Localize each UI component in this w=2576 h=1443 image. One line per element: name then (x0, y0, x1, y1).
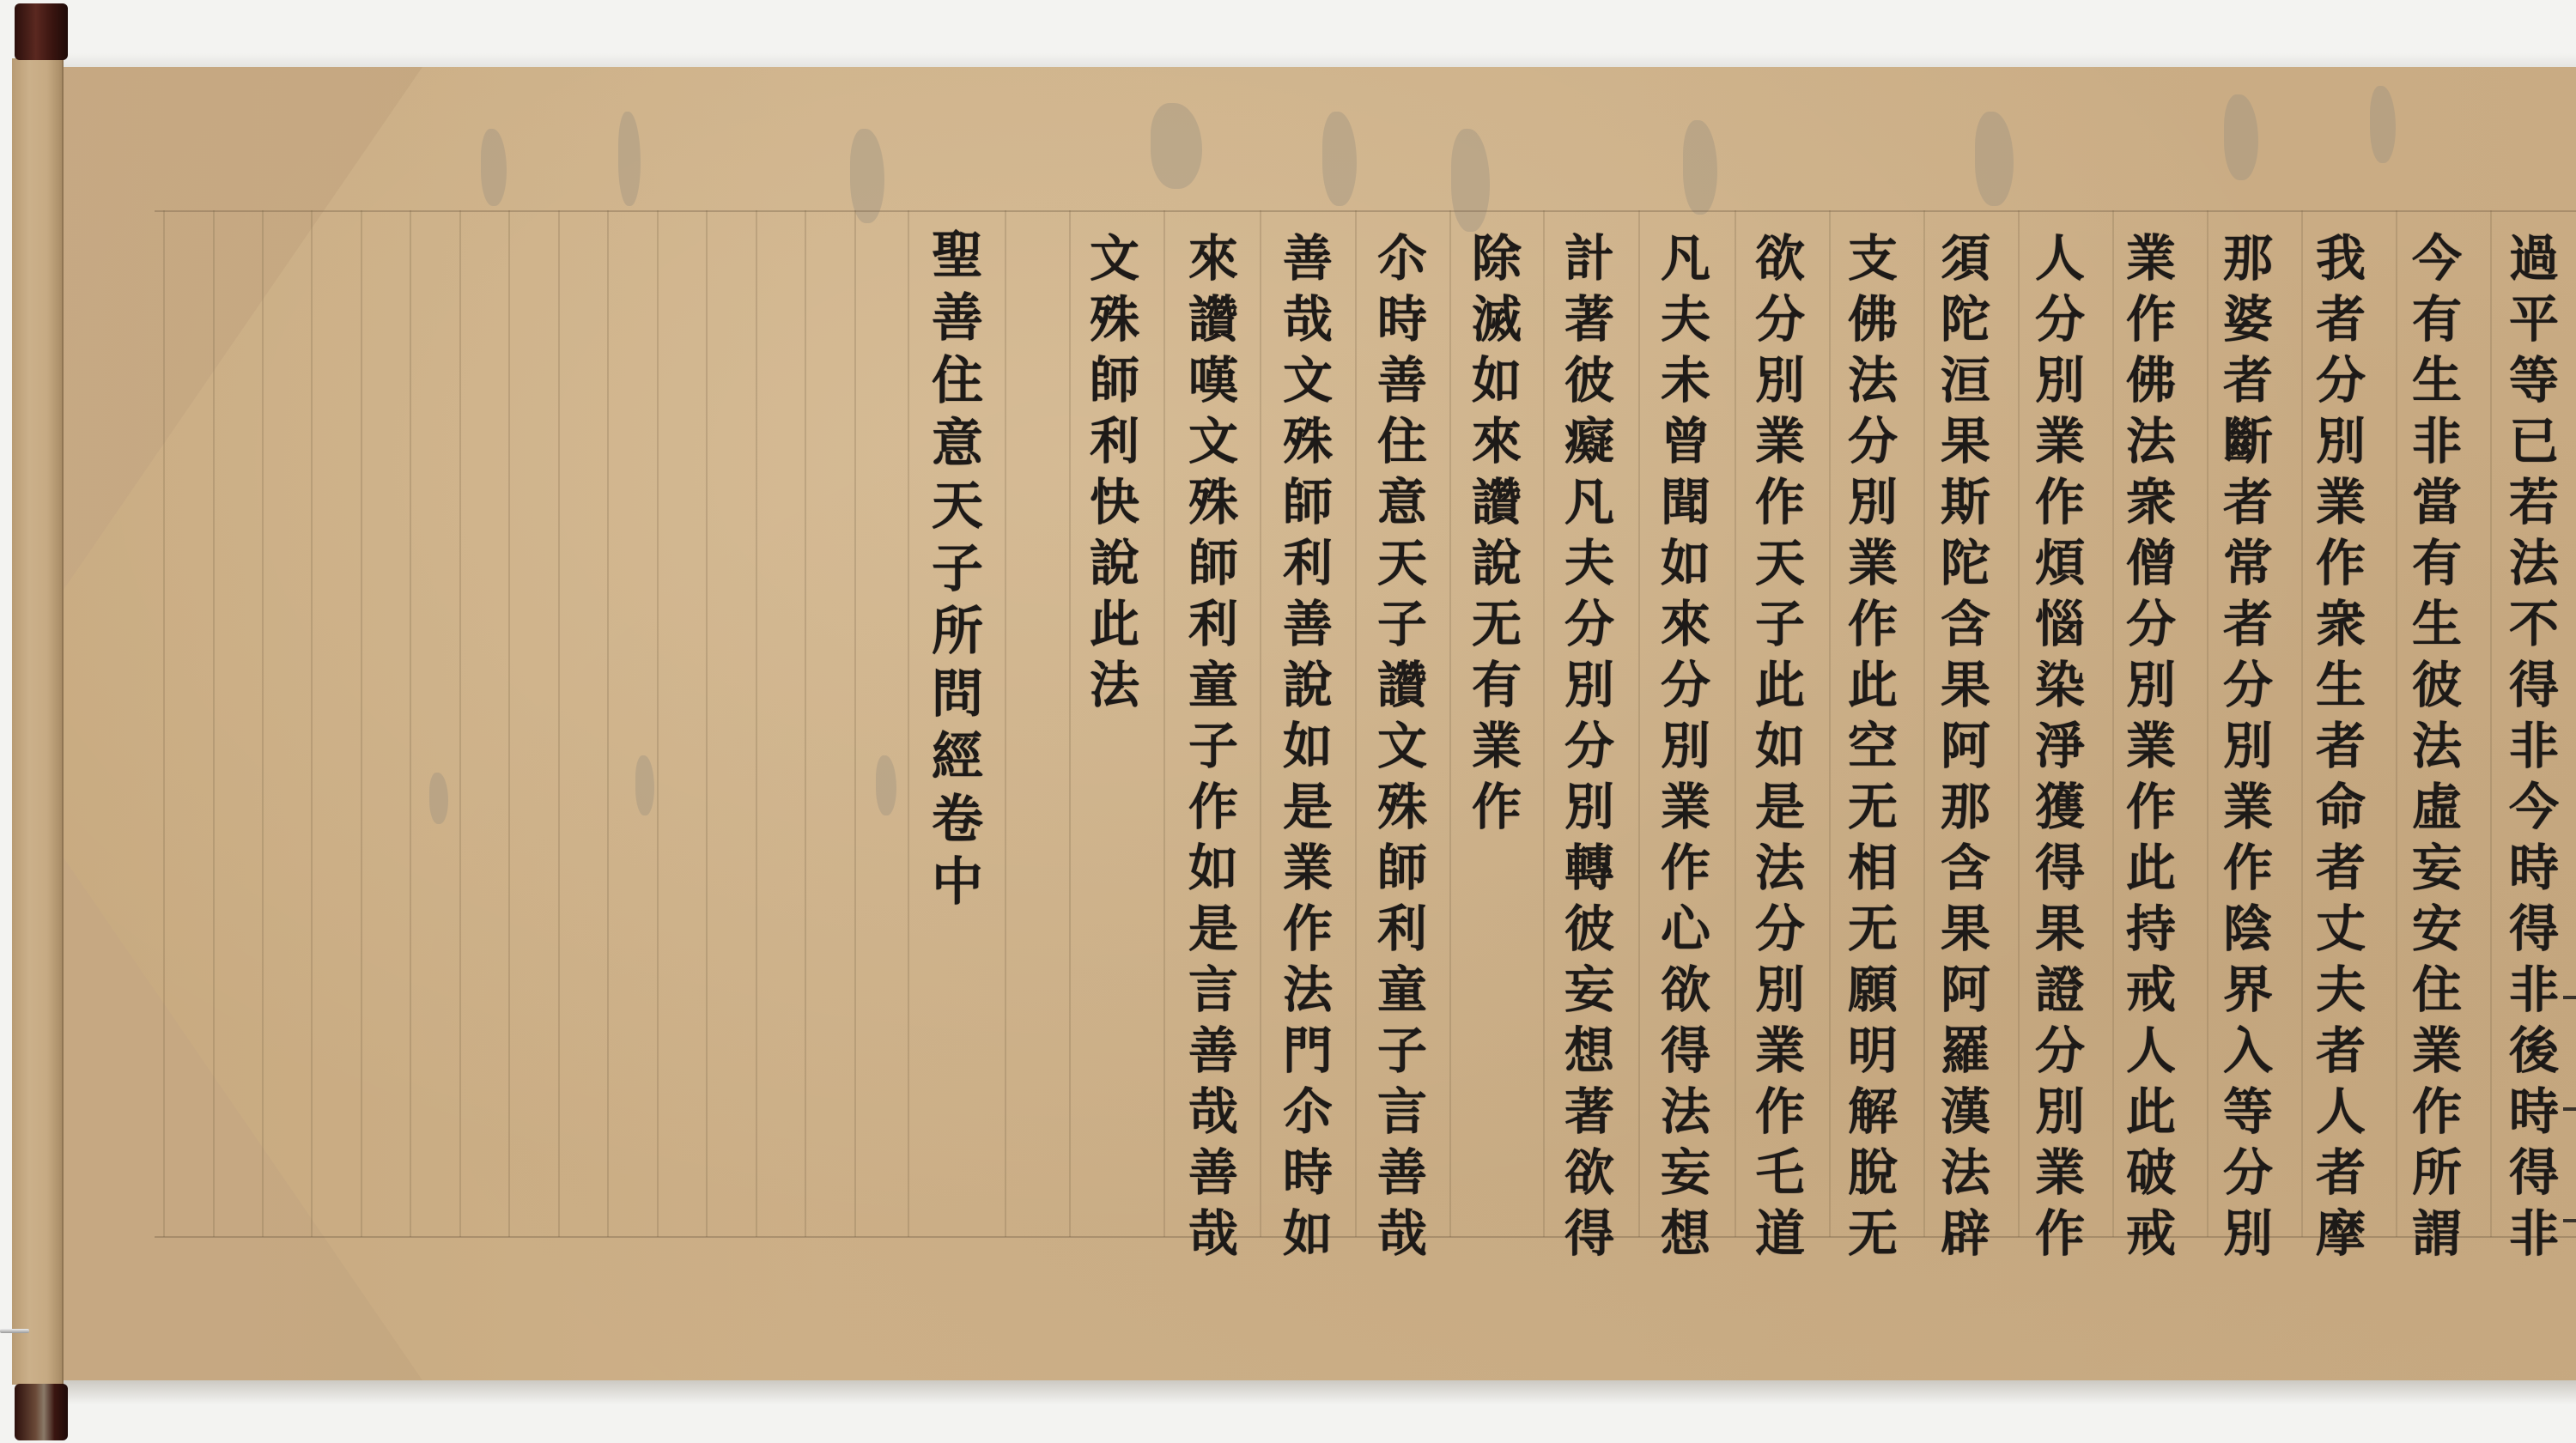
character: 利 (1377, 899, 1427, 960)
character: 凡 (1661, 228, 1710, 289)
text-column: 過平等已若法不得非今時得非後時得非 (2497, 228, 2571, 1264)
character: 生 (2316, 655, 2366, 716)
character: 者 (2316, 838, 2366, 899)
character: 利 (1283, 533, 1333, 594)
character: 門 (1283, 1021, 1333, 1082)
character: 夫 (1564, 533, 1614, 594)
character: 童 (1188, 655, 1238, 716)
character: 業 (2126, 228, 2176, 289)
character: 想 (1564, 1021, 1614, 1082)
character: 善 (1283, 228, 1333, 289)
character: 別 (2223, 1204, 2273, 1264)
text-column: 支佛法分別業作此空无相无願明解脫无 (1836, 228, 1910, 1264)
character: 妄 (1564, 960, 1614, 1021)
text-column: 須陀洹果斯陀含果阿那含果阿羅漢法辟 (1929, 228, 2002, 1264)
ruled-column-line (459, 210, 461, 1237)
character: 別 (2316, 411, 2366, 472)
character: 善 (1377, 350, 1427, 411)
character: 所 (2412, 1143, 2462, 1204)
character: 者 (2223, 350, 2273, 411)
character: 分 (1661, 655, 1710, 716)
character: 那 (2223, 228, 2273, 289)
character: 業 (2035, 411, 2085, 472)
character: 阿 (1941, 960, 1990, 1021)
character: 界 (2223, 960, 2273, 1021)
character: 无 (1472, 594, 1522, 655)
ruled-column-line (1260, 210, 1261, 1237)
character: 法 (2509, 533, 2559, 594)
character: 惱 (2035, 594, 2085, 655)
character: 作 (2126, 289, 2176, 350)
character: 讚 (1188, 289, 1238, 350)
character: 聖 (932, 225, 983, 288)
character: 業 (2223, 777, 2273, 838)
character: 者 (2316, 1143, 2366, 1204)
text-column: 文殊師利快說此法 (1078, 228, 1151, 716)
character: 作 (2223, 838, 2273, 899)
character: 夫 (2316, 960, 2366, 1021)
character: 衆 (2126, 472, 2176, 533)
character: 佛 (1848, 289, 1898, 350)
ruled-column-line (1923, 210, 1925, 1237)
character: 今 (2509, 777, 2559, 838)
character: 卷 (932, 789, 983, 852)
character: 分 (2035, 289, 2085, 350)
character: 我 (2316, 228, 2366, 289)
character: 時 (2509, 1082, 2559, 1143)
character: 來 (1472, 411, 1522, 472)
character: 凡 (1564, 472, 1614, 533)
ruled-column-line (213, 210, 215, 1237)
character: 虛 (2412, 777, 2462, 838)
character: 別 (1848, 472, 1898, 533)
character: 善 (1377, 1143, 1427, 1204)
character: 是 (1188, 899, 1238, 960)
character: 不 (2509, 594, 2559, 655)
character: 果 (1941, 655, 1990, 716)
character: 陀 (1941, 289, 1990, 350)
character: 果 (2035, 899, 2085, 960)
text-column: 那婆者斷者常者分別業作陰界入等分別 (2211, 228, 2285, 1264)
ruled-column-line (756, 210, 757, 1237)
character: 得 (1564, 1204, 1614, 1264)
character: 婆 (2223, 289, 2273, 350)
text-column: 欲分別業作天子此如是法分別業作乇道 (1743, 228, 1817, 1264)
character: 分 (1848, 411, 1898, 472)
text-column: 我者分別業作衆生者命者丈夫者人者摩 (2304, 228, 2378, 1264)
character: 子 (1188, 716, 1238, 777)
character: 作 (2316, 533, 2366, 594)
character: 言 (1188, 960, 1238, 1021)
character: 已 (2509, 411, 2559, 472)
character: 問 (932, 664, 983, 726)
character: 童 (1377, 960, 1427, 1021)
character: 妄 (2412, 838, 2462, 899)
text-column: 業作佛法衆僧分別業作此持戒人此破戒 (2114, 228, 2188, 1264)
character: 作 (2412, 1082, 2462, 1143)
ruled-column-line (2301, 210, 2303, 1237)
character: 當 (2412, 472, 2462, 533)
character: 明 (1848, 1021, 1898, 1082)
character: 今 (2412, 228, 2462, 289)
character: 陀 (1941, 533, 1990, 594)
character: 師 (1377, 838, 1427, 899)
character: 那 (1941, 777, 1990, 838)
character: 此 (2126, 1082, 2176, 1143)
character: 分 (1564, 594, 1614, 655)
character: 如 (1661, 533, 1710, 594)
character: 等 (2223, 1082, 2273, 1143)
ruled-column-line (1355, 210, 1357, 1237)
character: 道 (1755, 1204, 1805, 1264)
character: 含 (1941, 594, 1990, 655)
character: 師 (1188, 533, 1238, 594)
character: 須 (1941, 228, 1990, 289)
ruled-column-line (361, 210, 362, 1237)
character: 非 (2509, 1204, 2559, 1264)
character: 業 (1283, 838, 1333, 899)
character: 破 (2126, 1143, 2176, 1204)
character: 意 (932, 413, 983, 476)
character: 業 (2035, 1143, 2085, 1204)
character: 法 (2412, 716, 2462, 777)
ruled-column-line (2490, 210, 2492, 1237)
character: 分 (2126, 594, 2176, 655)
character: 著 (1564, 289, 1614, 350)
character: 住 (1377, 411, 1427, 472)
roller-pin (0, 1329, 29, 1333)
character: 別 (2035, 350, 2085, 411)
character: 有 (2412, 533, 2462, 594)
character: 此 (1090, 594, 1139, 655)
character: 命 (2316, 777, 2366, 838)
character: 作 (1472, 777, 1522, 838)
character: 摩 (2316, 1204, 2366, 1264)
ruled-column-line (657, 210, 659, 1237)
character: 天 (1755, 533, 1805, 594)
character: 支 (1848, 228, 1898, 289)
character: 得 (2509, 1143, 2559, 1204)
character: 果 (1941, 899, 1990, 960)
ruled-column-line (854, 210, 856, 1237)
character: 子 (1377, 594, 1427, 655)
ruled-column-line (1735, 210, 1736, 1237)
character: 文 (1377, 716, 1427, 777)
character: 住 (2412, 960, 2462, 1021)
character: 者 (2316, 1021, 2366, 1082)
ruled-column-line (908, 210, 909, 1237)
character: 羅 (1941, 1021, 1990, 1082)
character: 人 (2126, 1021, 2176, 1082)
character: 過 (2509, 228, 2559, 289)
character: 作 (2035, 472, 2085, 533)
character: 法 (1848, 350, 1898, 411)
character: 夫 (1661, 289, 1710, 350)
character: 別 (2035, 1082, 2085, 1143)
ruled-column-line (311, 210, 313, 1237)
character: 丈 (2316, 899, 2366, 960)
character: 衆 (2316, 594, 2366, 655)
character: 業 (2316, 472, 2366, 533)
character: 子 (1377, 1021, 1427, 1082)
character: 染 (2035, 655, 2085, 716)
character: 如 (1283, 716, 1333, 777)
character: 此 (1755, 655, 1805, 716)
character: 作 (2126, 777, 2176, 838)
character: 如 (1472, 350, 1522, 411)
character: 別 (1661, 716, 1710, 777)
roller-cap-bottom (15, 1384, 68, 1440)
ruled-column-line (1543, 210, 1545, 1237)
character: 如 (1755, 716, 1805, 777)
character: 法 (1755, 838, 1805, 899)
character: 欲 (1755, 228, 1805, 289)
roller-cap-top (15, 3, 68, 60)
character: 法 (1090, 655, 1139, 716)
character: 業 (1848, 533, 1898, 594)
character: 著 (1564, 1082, 1614, 1143)
character: 是 (1755, 777, 1805, 838)
character: 分 (1755, 899, 1805, 960)
character: 无 (1848, 899, 1898, 960)
character: 非 (2509, 960, 2559, 1021)
character: 中 (932, 852, 983, 914)
character: 乇 (1755, 1143, 1805, 1204)
character: 師 (1283, 472, 1333, 533)
character: 作 (1661, 838, 1710, 899)
ruled-column-line (1829, 210, 1831, 1237)
character: 作 (1755, 472, 1805, 533)
character: 哉 (1377, 1204, 1427, 1264)
character: 住 (932, 350, 983, 413)
character: 言 (1377, 1082, 1427, 1143)
ruled-column-line (558, 210, 560, 1237)
character: 煩 (2035, 533, 2085, 594)
text-column: 除滅如來讚說无有業作 (1460, 228, 1534, 838)
character: 未 (1661, 350, 1710, 411)
character: 僧 (2126, 533, 2176, 594)
sutra-title-column: 聖善住意天子所問經卷中 (920, 225, 994, 914)
character: 哉 (1188, 1082, 1238, 1143)
character: 得 (2035, 838, 2085, 899)
character: 意 (1377, 472, 1427, 533)
character: 癡 (1564, 411, 1614, 472)
character: 者 (2316, 716, 2366, 777)
scroll-roller (12, 58, 64, 1385)
ruled-column-line (1005, 210, 1006, 1237)
character: 子 (932, 538, 983, 601)
character: 生 (2412, 594, 2462, 655)
character: 妄 (1661, 1143, 1710, 1204)
character: 入 (2223, 1021, 2273, 1082)
character: 持 (2126, 899, 2176, 960)
character: 得 (1661, 1021, 1710, 1082)
ruled-column-line (163, 210, 165, 1237)
character: 文 (1283, 350, 1333, 411)
character: 果 (1941, 411, 1990, 472)
ruled-column-line (607, 210, 609, 1237)
character: 有 (1472, 655, 1522, 716)
character: 分 (2223, 655, 2273, 716)
character: 哉 (1283, 289, 1333, 350)
partial-text-column-cutoff (2563, 361, 2576, 1262)
ruled-column-line (508, 210, 510, 1237)
character: 彼 (2412, 655, 2462, 716)
character: 時 (2509, 838, 2559, 899)
character: 謂 (2412, 1204, 2462, 1264)
character: 子 (1755, 594, 1805, 655)
character: 尒 (1377, 228, 1427, 289)
character: 分 (2035, 1021, 2085, 1082)
character: 作 (2035, 1204, 2085, 1264)
character: 者 (2223, 594, 2273, 655)
ruled-column-line (706, 210, 708, 1237)
character: 獲 (2035, 777, 2085, 838)
character: 法 (1661, 1082, 1710, 1143)
character: 嘆 (1188, 350, 1238, 411)
character: 安 (2412, 899, 2462, 960)
character: 文 (1188, 411, 1238, 472)
character: 法 (1283, 960, 1333, 1021)
ruled-column-line (2396, 210, 2397, 1237)
character: 善 (932, 288, 983, 350)
character: 善 (1188, 1021, 1238, 1082)
character: 斯 (1941, 472, 1990, 533)
character: 別 (2126, 655, 2176, 716)
character: 戒 (2126, 1204, 2176, 1264)
text-column: 尒時善住意天子讚文殊師利童子言善哉 (1365, 228, 1439, 1264)
character: 殊 (1377, 777, 1427, 838)
character: 人 (2035, 228, 2085, 289)
character: 善 (1188, 1143, 1238, 1204)
character: 曾 (1661, 411, 1710, 472)
ruled-column-line (2018, 210, 2020, 1237)
character: 轉 (1564, 838, 1614, 899)
character: 別 (1564, 655, 1614, 716)
character: 常 (2223, 533, 2273, 594)
character: 說 (1283, 655, 1333, 716)
character: 此 (2126, 838, 2176, 899)
character: 所 (932, 601, 983, 664)
character: 陰 (2223, 899, 2273, 960)
character: 脫 (1848, 1143, 1898, 1204)
character: 得 (2509, 655, 2559, 716)
character: 非 (2412, 411, 2462, 472)
character: 作 (1283, 899, 1333, 960)
character: 天 (932, 476, 983, 538)
ruled-top-line (155, 210, 2576, 212)
character: 生 (2412, 350, 2462, 411)
ruled-column-line (1163, 210, 1165, 1237)
character: 作 (1755, 1082, 1805, 1143)
text-column: 今有生非當有生彼法虛妄安住業作所謂 (2400, 228, 2474, 1264)
character: 滅 (1472, 289, 1522, 350)
ruled-column-line (1069, 210, 1071, 1237)
character: 殊 (1188, 472, 1238, 533)
character: 非 (2509, 716, 2559, 777)
character: 願 (1848, 960, 1898, 1021)
character: 殊 (1283, 411, 1333, 472)
character: 分 (1755, 289, 1805, 350)
ruled-column-line (2207, 210, 2208, 1237)
character: 洹 (1941, 350, 1990, 411)
character: 无 (1848, 1204, 1898, 1264)
character: 若 (2509, 472, 2559, 533)
character: 別 (2223, 716, 2273, 777)
character: 空 (1848, 716, 1898, 777)
character: 計 (1564, 228, 1614, 289)
character: 文 (1090, 228, 1139, 289)
character: 者 (2316, 289, 2366, 350)
character: 別 (1564, 777, 1614, 838)
text-column: 計著彼癡凡夫分別分別轉彼妄想著欲得 (1552, 228, 1626, 1264)
character: 斷 (2223, 411, 2273, 472)
character: 是 (1283, 777, 1333, 838)
character: 善 (1283, 594, 1333, 655)
character: 无 (1848, 777, 1898, 838)
character: 業 (2412, 1021, 2462, 1082)
character: 得 (2509, 899, 2559, 960)
character: 業 (1472, 716, 1522, 777)
character: 時 (1283, 1143, 1333, 1204)
character: 漢 (1941, 1082, 1990, 1143)
character: 讚 (1472, 472, 1522, 533)
character: 作 (1188, 777, 1238, 838)
character: 業 (2126, 716, 2176, 777)
character: 欲 (1661, 960, 1710, 1021)
character: 聞 (1661, 472, 1710, 533)
character: 說 (1090, 533, 1139, 594)
character: 分 (2223, 1143, 2273, 1204)
character: 分 (2316, 350, 2366, 411)
character: 來 (1661, 594, 1710, 655)
character: 者 (2223, 472, 2273, 533)
character: 師 (1090, 350, 1139, 411)
ruled-column-line (1449, 210, 1451, 1237)
ruled-column-line (410, 210, 411, 1237)
character: 讚 (1377, 655, 1427, 716)
character: 時 (1377, 289, 1427, 350)
character: 分 (1564, 716, 1614, 777)
character: 心 (1661, 899, 1710, 960)
character: 除 (1472, 228, 1522, 289)
character: 法 (1941, 1143, 1990, 1204)
text-column: 人分別業作煩惱染淨獲得果證分別業作 (2023, 228, 2097, 1264)
character: 業 (1661, 777, 1710, 838)
character: 哉 (1188, 1204, 1238, 1264)
character: 後 (2509, 1021, 2559, 1082)
character: 法 (2126, 411, 2176, 472)
character: 人 (2316, 1082, 2366, 1143)
character: 別 (1755, 350, 1805, 411)
text-column: 善哉文殊師利善說如是業作法門尒時如 (1271, 228, 1345, 1264)
character: 等 (2509, 350, 2559, 411)
character: 戒 (2126, 960, 2176, 1021)
character: 如 (1283, 1204, 1333, 1264)
character: 相 (1848, 838, 1898, 899)
character: 平 (2509, 289, 2559, 350)
ruled-column-line (1638, 210, 1640, 1237)
character: 淨 (2035, 716, 2085, 777)
character: 含 (1941, 838, 1990, 899)
character: 想 (1661, 1204, 1710, 1264)
character: 證 (2035, 960, 2085, 1021)
character: 利 (1090, 411, 1139, 472)
character: 業 (1755, 1021, 1805, 1082)
character: 尒 (1283, 1082, 1333, 1143)
character: 欲 (1564, 1143, 1614, 1204)
character: 來 (1188, 228, 1238, 289)
